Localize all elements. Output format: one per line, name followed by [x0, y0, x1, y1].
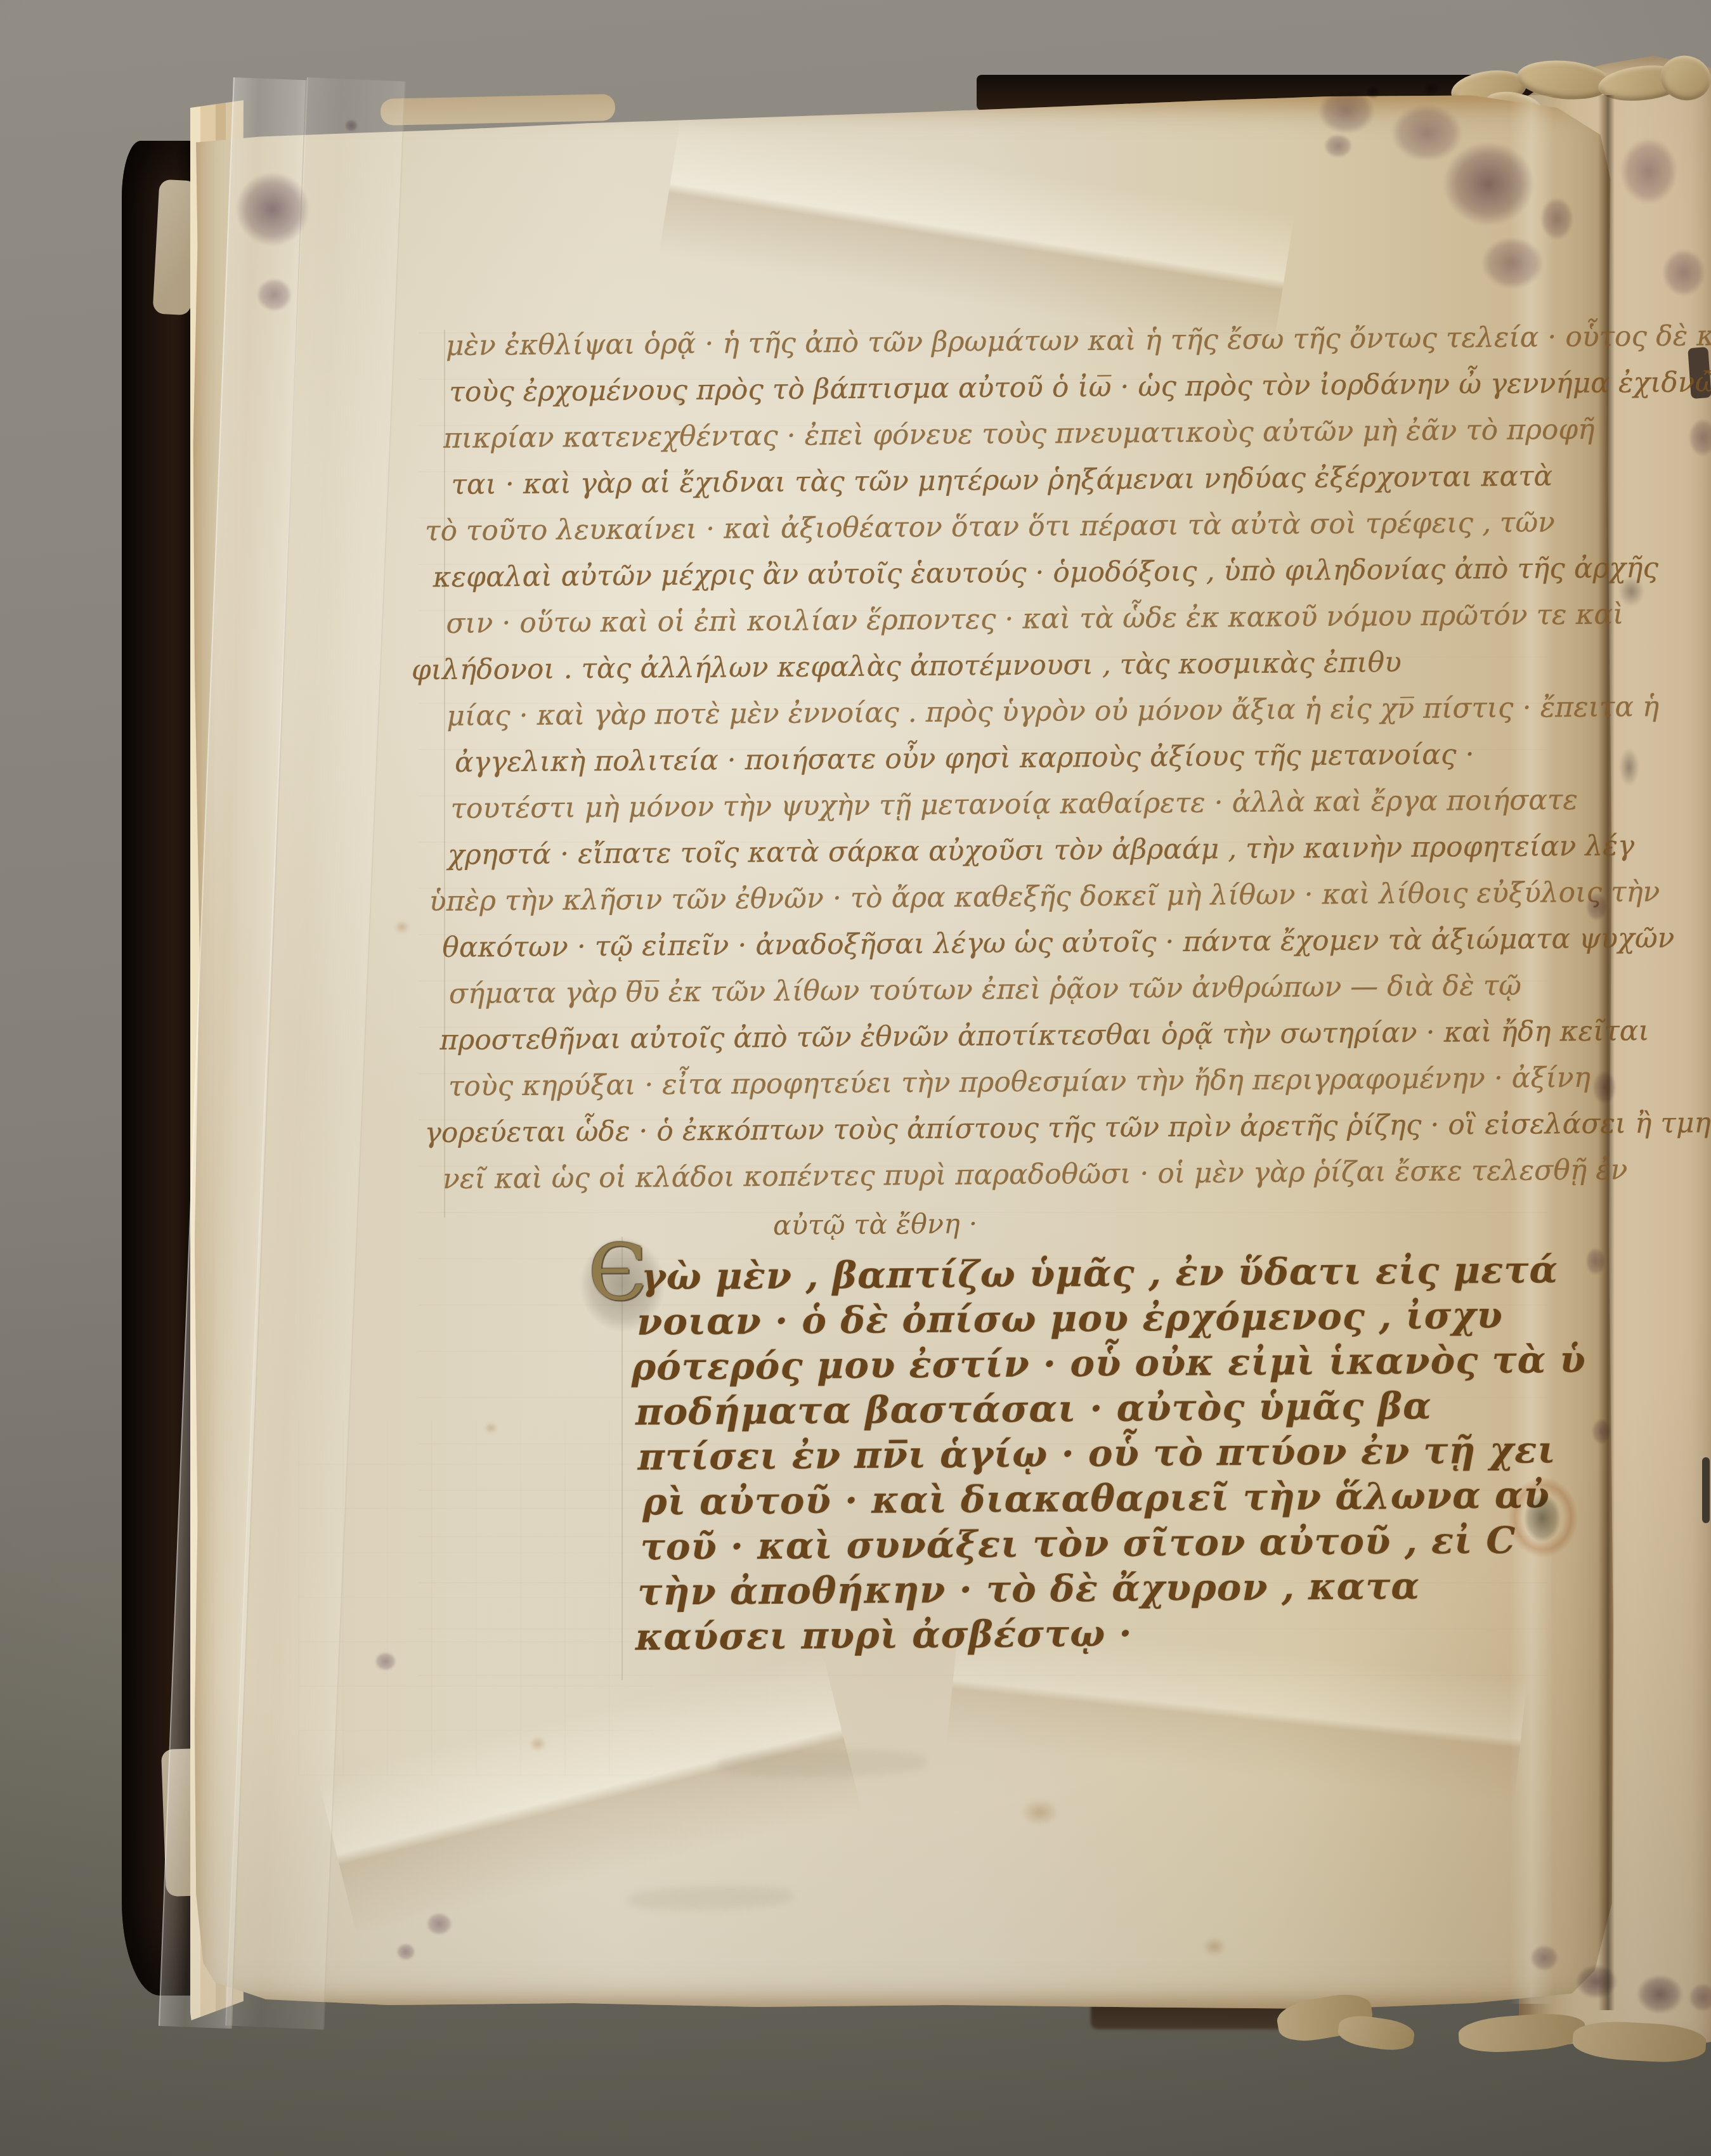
commentary-line: θακότων · τῷ εἰπεῖν · ἀναδοξῆσαι λέγω ὡς… [442, 922, 1675, 964]
foxing-spot [482, 1420, 500, 1436]
mold-stain [225, 162, 320, 257]
ink-blot [1519, 1488, 1565, 1549]
gospel-line: πτίσει ἐν πν̅ι ἁγίῳ · οὗ τὸ πτύον ἐν τῇ … [637, 1428, 1556, 1478]
mold-stain [1535, 190, 1579, 247]
gospel-line: γὼ μὲν , βαπτίζω ὑμᾶς , ἐν ὕδατι εἰς μετ… [641, 1248, 1558, 1298]
gospel-line: ποδήματα βαστάσαι · αὐτὸς ὑμᾶς βα [635, 1384, 1432, 1434]
gospel-text-block: Є γὼ μὲν , βαπτίζω ὑμᾶς , ἐν ὕδατι εἰς μ… [0, 0, 1708, 4]
mold-stain [1582, 1243, 1609, 1280]
commentary-line: πικρίαν κατενεχθέντας · ἐπεὶ φόνευε τοὺς… [443, 413, 1595, 455]
mold-stain [393, 1940, 419, 1963]
commentary-line: μίας · καὶ γὰρ ποτὲ μὲν ἐννοίας . πρὸς ὑ… [446, 691, 1659, 732]
foxing-spot [392, 918, 412, 936]
manuscript-photo: μὲν ἐκθλίψαι ὁρᾷ · ἡ τῆς ἀπὸ τῶν βρωμάτω… [0, 0, 1711, 2156]
commentary-line: χρηστά · εἴπατε τοῖς κατὰ σάρκα αὐχοῦσι … [448, 829, 1634, 871]
mold-stain [342, 117, 360, 134]
mold-stain [1319, 130, 1357, 162]
foxing-spot [672, 393, 687, 407]
gospel-line: τὴν ἀποθήκην · τὸ δὲ ἄχυρον , κατα [637, 1564, 1420, 1614]
commentary-line: νεῖ καὶ ὡς οἱ κλάδοι κοπέντες πυρὶ παραδ… [443, 1153, 1628, 1195]
commentary-line: κεφαλαὶ αὐτῶν μέχρις ἂν αὐτοῖς ἑαυτούς ·… [433, 552, 1659, 594]
foxing-spot [1015, 1795, 1065, 1830]
mold-stain [371, 1649, 400, 1674]
commentary-line: τὸ τοῦτο λευκαίνει · καὶ ἀξιοθέατον ὅταν… [425, 506, 1555, 547]
mold-stain [1630, 1969, 1690, 2020]
mold-stain [1570, 1959, 1623, 2004]
commentary-line: φιλήδονοι . τὰς ἀλλήλων κεφαλὰς ἀποτέμνο… [412, 646, 1402, 686]
commentary-line: ται · καὶ γὰρ αἱ ἔχιδναι τὰς τῶν μητέρων… [451, 460, 1552, 501]
gospel-line: νοιαν · ὁ δὲ ὀπίσω μου ἐρχόμενος , ἰσχυ [637, 1294, 1503, 1344]
commentary-line: σήματα γὰρ θ̅υ̅ ἐκ τῶν λίθων τούτων ἐπεὶ… [449, 970, 1521, 1010]
mold-stain [1421, 80, 1442, 98]
commentary-line: τοὺς ἐρχομένους πρὸς τὸ βάπτισμα αὐτοῦ ὁ… [449, 366, 1711, 408]
mold-stain [1363, 84, 1382, 100]
mold-stain [1614, 571, 1649, 612]
closing-line: αὐτῷ τὰ ἔθνη · [773, 1208, 978, 1242]
commentary-line: τουτέστι μὴ μόνον τὴν ψυχὴν τῇ μετανοίᾳ … [450, 784, 1578, 825]
gospel-line: τοῦ · καὶ συνάξει τὸν σῖτον αὐτοῦ , εἰ Ϲ [641, 1519, 1516, 1569]
commentary-line: σιν · οὕτω καὶ οἱ ἐπὶ κοιλίαν ἕρποντες ·… [446, 598, 1623, 640]
mold-stain [1582, 888, 1611, 926]
mold-stain [1589, 1065, 1620, 1110]
mold-stain [250, 273, 298, 317]
text-layer: μὲν ἐκθλίψαι ὁρᾷ · ἡ τῆς ἀπὸ τῶν βρωμάτω… [0, 0, 1711, 2156]
gospel-line: ρότερός μου ἐστίν · οὗ οὐκ εἰμὶ ἱκανὸς τ… [631, 1338, 1586, 1389]
foxing-spot [1199, 1934, 1230, 1959]
mold-stain [1430, 130, 1547, 238]
mold-stain [1655, 241, 1711, 304]
commentary-line: ὑπὲρ τὴν κλῆσιν τῶν ἐθνῶν · τὸ ἄρα καθεξ… [429, 876, 1660, 918]
mold-stain [1525, 1940, 1563, 1975]
gospel-line: ρὶ αὐτοῦ · καὶ διακαθαριεῖ τὴν ἅλωνα αὐ [642, 1473, 1550, 1523]
mold-stain [1611, 127, 1687, 216]
mold-stain [1616, 742, 1643, 793]
commentary-line: μὲν ἐκθλίψαι ὁρᾷ · ἡ τῆς ἀπὸ τῶν βρωμάτω… [446, 319, 1711, 361]
commentary-line: προστεθῆναι αὐτοῖς ἀπὸ τῶν ἐθνῶν ἀποτίκτ… [439, 1015, 1649, 1056]
commentary-line: γορεύεται ὧδε · ὁ ἐκκόπτων τοὺς ἀπίστους… [424, 1107, 1711, 1149]
commentary-line: ἀγγελικὴ πολιτεία · ποιήσατε οὖν φησὶ κα… [455, 738, 1474, 779]
gospel-line: καύσει πυρὶ ἀσβέστῳ · [635, 1612, 1133, 1659]
foxing-spot [526, 1734, 549, 1753]
commentary-text-block: μὲν ἐκθλίψαι ὁρᾷ · ἡ τῆς ἀπὸ τῶν βρωμάτω… [0, 0, 1708, 4]
mold-stain [1589, 1414, 1614, 1449]
mold-stain [422, 1909, 457, 1939]
commentary-line: τοὺς κηρύξαι · εἶτα προφητεύει τὴν προθε… [448, 1062, 1591, 1103]
